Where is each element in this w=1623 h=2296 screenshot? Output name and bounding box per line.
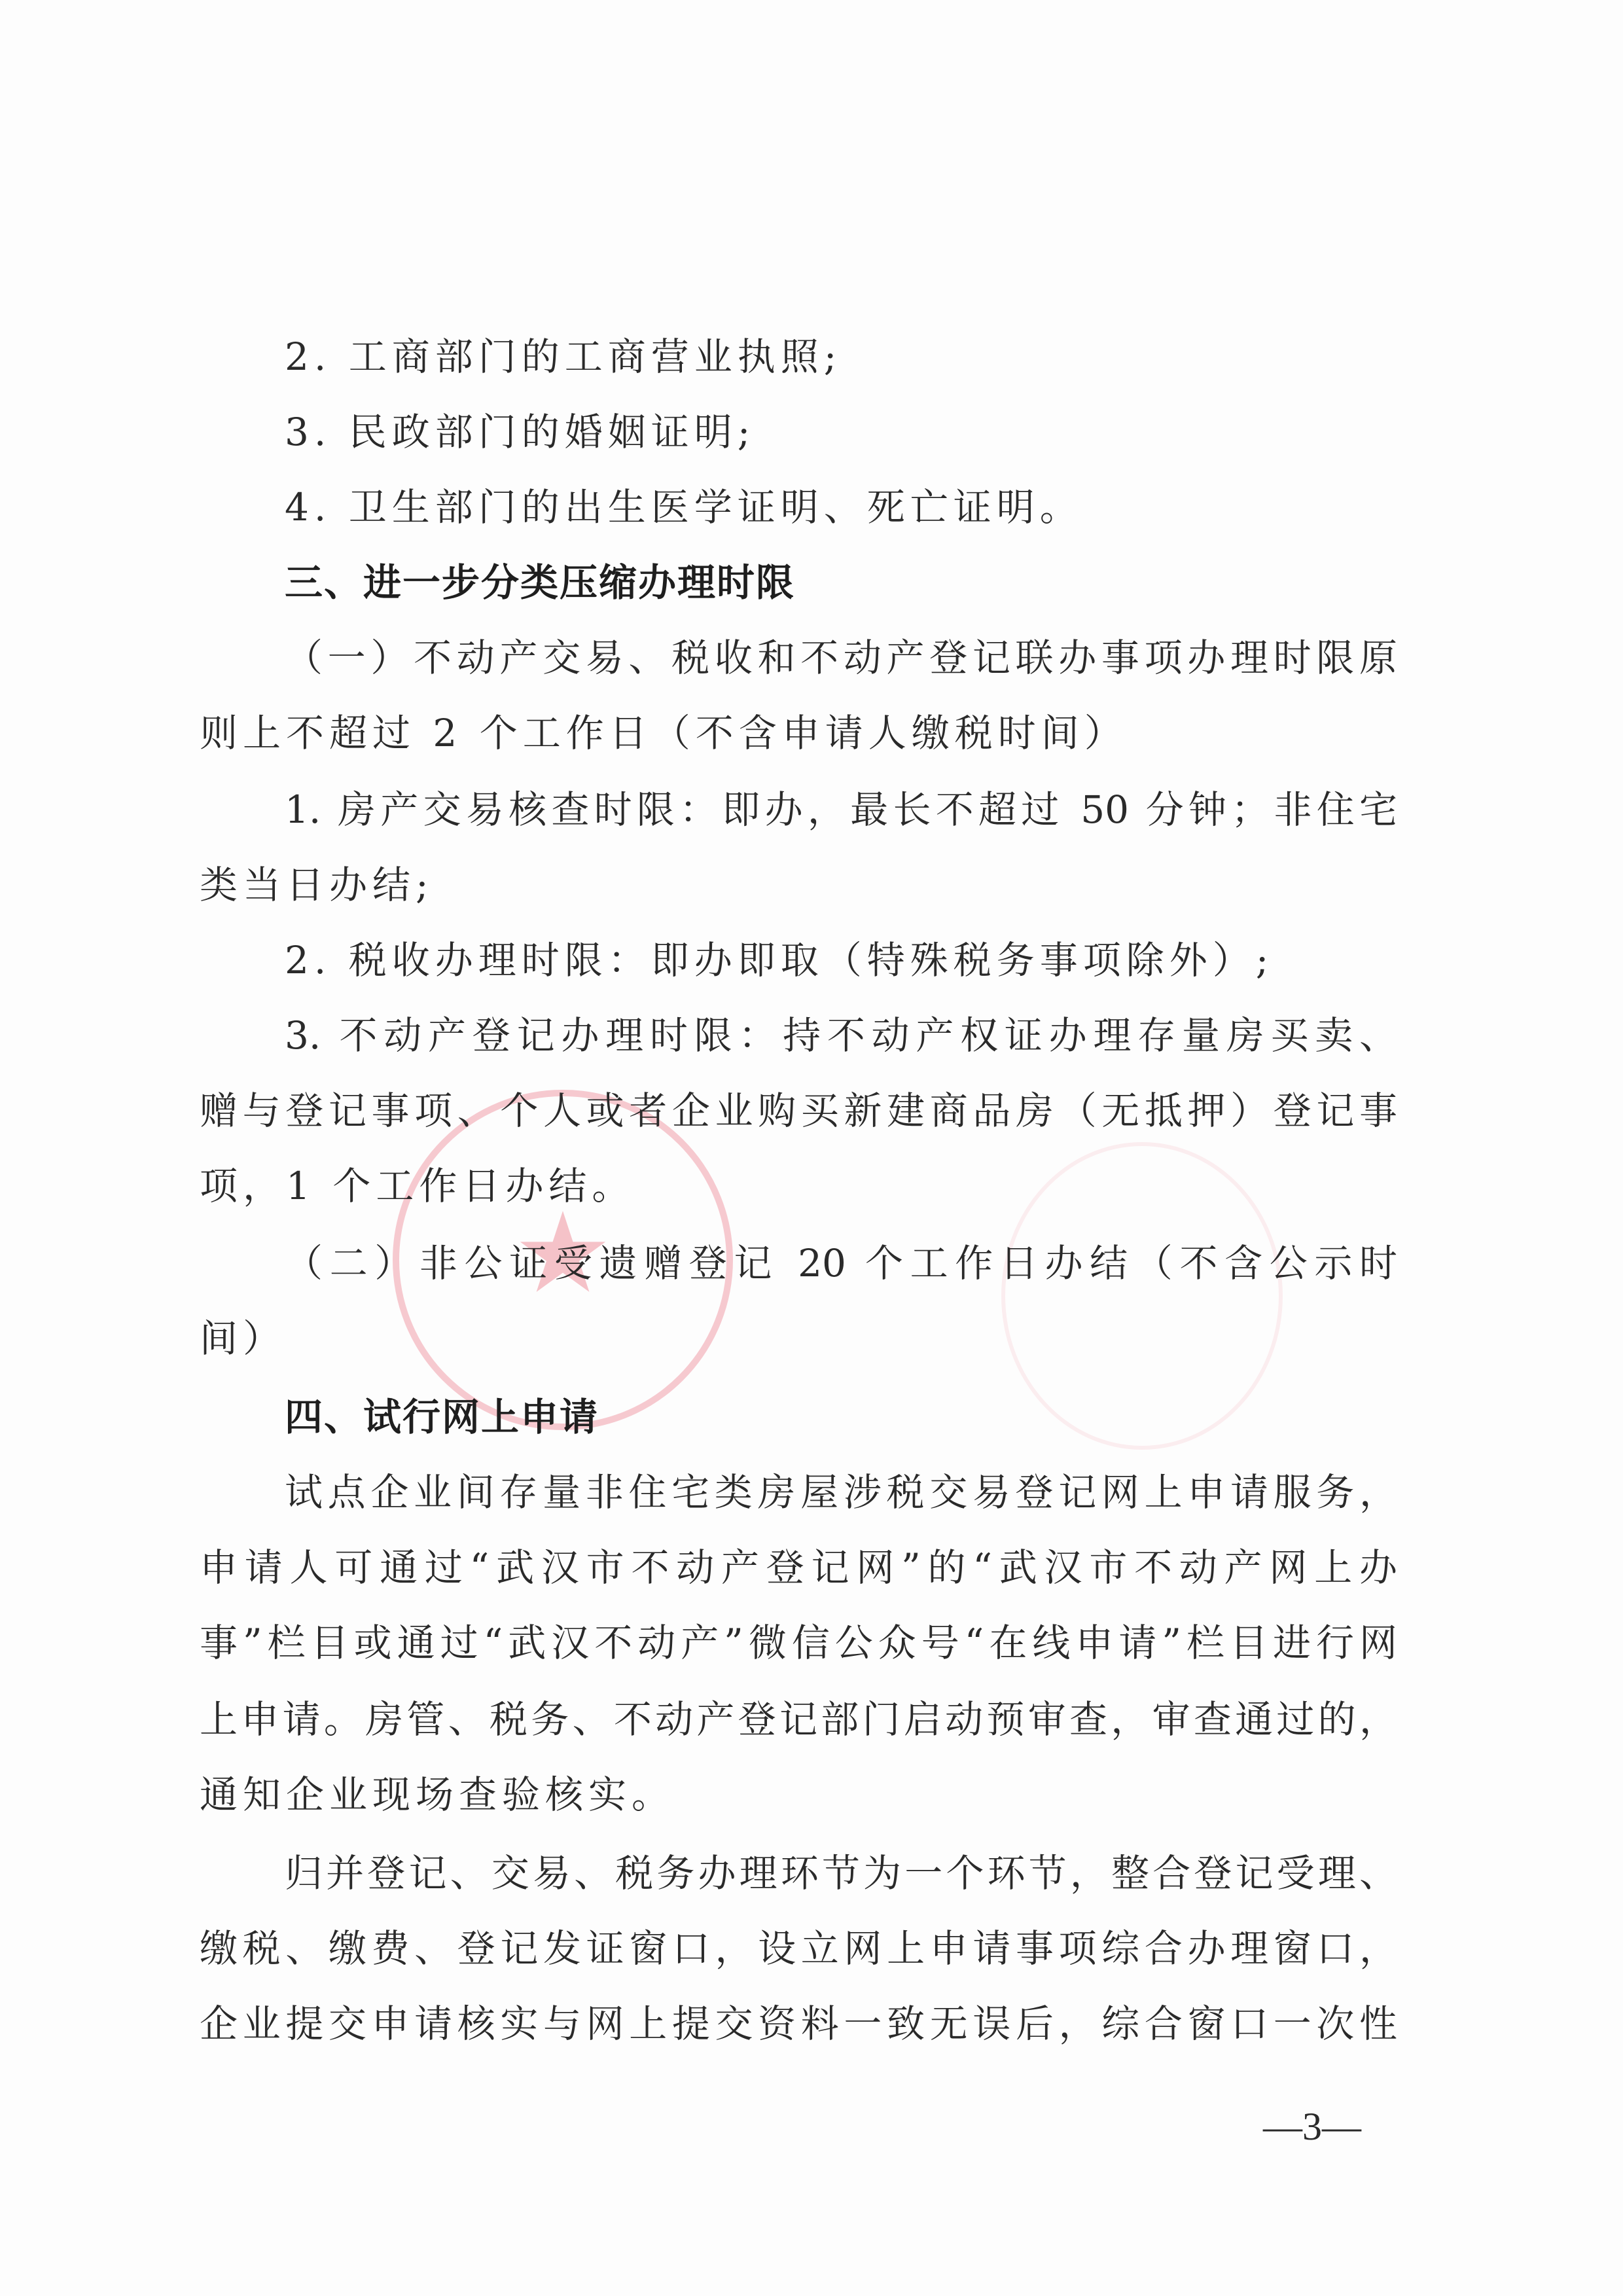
paragraph-line: 上申请。房管、税务、不动产登记部门启动预审查，审查通过的， [200, 1693, 1397, 1746]
paragraph-line: 试点企业间存量非住宅类房屋涉税交易登记网上申请服务， [285, 1466, 1397, 1518]
section-heading-3: 三、进一步分类压缩办理时限 [285, 556, 1397, 609]
paragraph-line: 缴税、缴费、登记发证窗口，设立网上申请事项综合办理窗口， [200, 1922, 1397, 1975]
paragraph-line: 则上不超过 2 个工作日（不含申请人缴税时间） [200, 707, 1397, 759]
paragraph-line: 2. 税收办理时限：即办即取（特殊税务事项除外）; [285, 934, 1397, 986]
paragraph-line: 类当日办结; [200, 859, 1397, 911]
paragraph-line: 通知企业现场查验核实。 [200, 1768, 1397, 1821]
paragraph-line: 申请人可通过“武汉市不动产登记网”的“武汉市不动产网上办 [200, 1541, 1397, 1594]
section-heading-4: 四、试行网上申请 [285, 1391, 1397, 1443]
paragraph-line: （一）不动产交易、税收和不动产登记联办事项办理时限原 [285, 632, 1397, 684]
paragraph-line: 项，1 个工作日办结。 [200, 1160, 1397, 1212]
paragraph-line: 归并登记、交易、税务办理环节为一个环节，整合登记受理、 [285, 1847, 1397, 1899]
paragraph-line: 间） [200, 1312, 1397, 1365]
paragraph-line: 企业提交申请核实与网上提交资料一致无误后，综合窗口一次性 [200, 1998, 1397, 2050]
paragraph-line: （二）非公证受遗赠登记 20 个工作日办结（不含公示时 [285, 1237, 1397, 1289]
paragraph-line: 3. 不动产登记办理时限：持不动产权证办理存量房买卖、 [285, 1009, 1397, 1062]
list-item-birth-death-certificate: 4. 卫生部门的出生医学证明、死亡证明。 [285, 481, 1397, 533]
paragraph-line: 事”栏目或通过“武汉不动产”微信公众号“在线申请”栏目进行网 [200, 1617, 1397, 1669]
paragraph-line: 赠与登记事项、个人或者企业购买新建商品房（无抵押）登记事 [200, 1085, 1397, 1137]
paragraph-line: 1. 房产交易核查时限：即办，最长不超过 50 分钟；非住宅 [285, 783, 1397, 836]
document-page: ★ 2. 工商部门的工商营业执照; 3. 民政部门的婚姻证明; 4. 卫生部门的… [0, 0, 1623, 2296]
list-item-marriage-certificate: 3. 民政部门的婚姻证明; [285, 406, 1397, 458]
list-item-business-license: 2. 工商部门的工商营业执照; [285, 331, 1397, 383]
page-number: —3— [1263, 2104, 1361, 2149]
